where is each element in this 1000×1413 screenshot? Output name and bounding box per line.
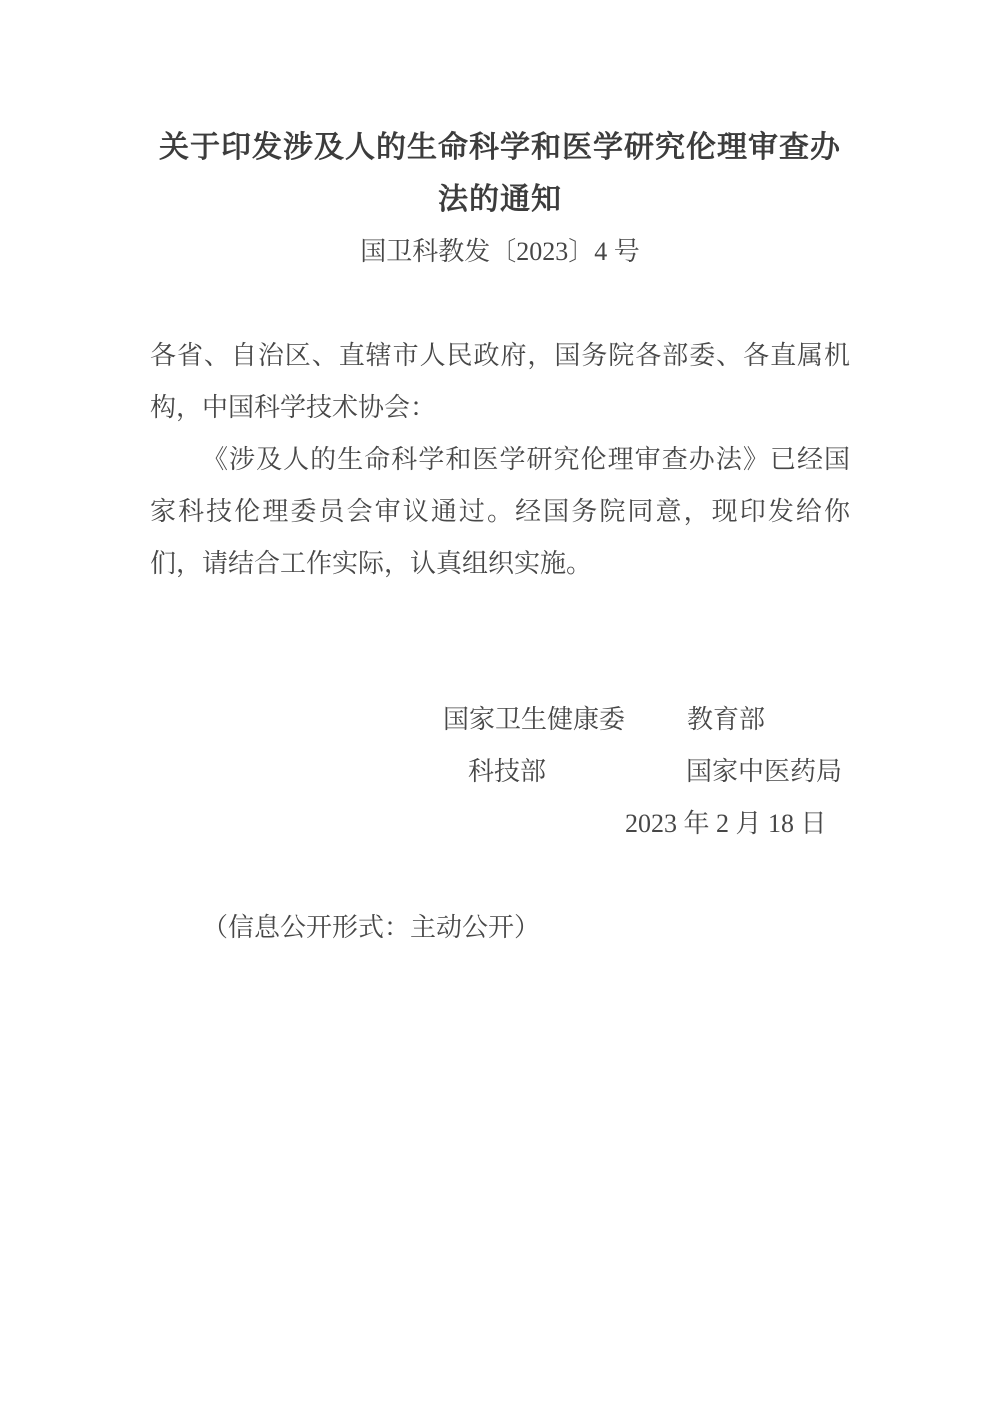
- signature-block: 国家卫生健康委教育部 科技部国家中医药局 2023 年 2 月 18 日: [150, 694, 850, 850]
- disclosure-note: （信息公开形式：主动公开）: [150, 902, 850, 954]
- body-paragraph: 《涉及人的生命科学和医学研究伦理审查办法》已经国家科技伦理委员会审议通过。经国务…: [150, 434, 850, 590]
- signature-date-row: 2023 年 2 月 18 日: [150, 798, 850, 850]
- signature-org-nhc: 国家卫生健康委: [443, 705, 625, 734]
- spacer: [150, 278, 850, 330]
- document-number: 国卫科教发〔2023〕4 号: [150, 226, 850, 278]
- signature-row-1: 国家卫生健康委教育部: [150, 694, 850, 746]
- signature-org-moe: 教育部: [687, 705, 765, 734]
- document-page: 关于印发涉及人的生命科学和医学研究伦理审查办 法的通知 国卫科教发〔2023〕4…: [0, 0, 1000, 1413]
- signature-row-2: 科技部国家中医药局: [150, 746, 850, 798]
- signature-org-natcm: 国家中医药局: [686, 757, 842, 786]
- document-title-line-2: 法的通知: [150, 174, 850, 226]
- salutation-paragraph: 各省、自治区、直辖市人民政府，国务院各部委、各直属机构，中国科学技术协会：: [150, 330, 850, 434]
- spacer: [150, 590, 850, 694]
- spacer: [150, 850, 850, 902]
- signature-date: 2023 年 2 月 18 日: [625, 809, 827, 838]
- signature-org-most: 科技部: [468, 757, 546, 786]
- document-title-line-1: 关于印发涉及人的生命科学和医学研究伦理审查办: [150, 122, 850, 174]
